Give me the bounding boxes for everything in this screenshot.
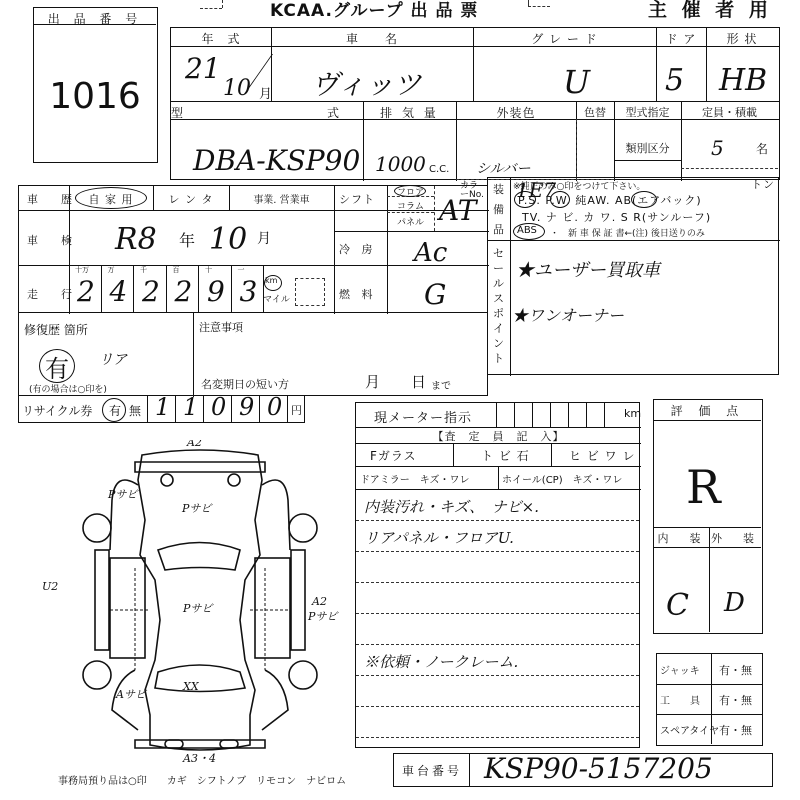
chassis-box: 車台番号 KSP90-5157205 (393, 753, 773, 787)
car-damage-diagram: A2 Pサビ Pサビ Pサビ U2 A2 Pサビ Aサビ XX A3・4 (40, 440, 350, 770)
recycle-digit-cell: 1 (175, 396, 203, 422)
digit-place-label: 千 (140, 265, 147, 275)
exterior-score: D (724, 588, 745, 618)
recycle-digit-cell: 0 (259, 396, 287, 422)
recycle-digit-cell: 0 (203, 396, 231, 422)
mileage-digit-cell: 一3 (232, 265, 265, 312)
mileage-unit-box (295, 278, 325, 306)
wheel-label: ホイール(CP) キズ・ワレ (502, 471, 622, 486)
circle-ps (514, 191, 536, 208)
digit-place-label: 十万 (75, 265, 89, 275)
crack-label: ヒ ビ ワ レ (569, 447, 635, 464)
grade-label: グ レ ー ド (473, 30, 656, 47)
fuel-value: G (424, 278, 446, 311)
grade-value: U (563, 63, 590, 101)
meter-unit: km (624, 407, 641, 420)
car-name-label: 車 名 (271, 30, 473, 47)
accessories-box: ジャッキ有・無工 具有・無スペアタイヤ有・無 (656, 653, 763, 746)
accessory-label: 工 具 (660, 692, 700, 707)
inspector-note-line: ※依頼・ノークレーム. (364, 651, 518, 672)
type-designation-label: 型式指定 (614, 104, 681, 120)
form-title: KCAA.グループ 出 品 票 (270, 0, 478, 21)
mileage-digit: 4 (110, 275, 128, 308)
shaken-month-unit: 月 (257, 228, 272, 248)
shift-panel[interactable]: パネル (387, 215, 434, 228)
accessory-value[interactable]: 有・無 (719, 692, 752, 708)
mark-right-side: A2 (311, 595, 327, 608)
shift-value: AT (439, 194, 476, 227)
category-label: 類別区分 (614, 140, 681, 156)
mileage-digit: 9 (207, 275, 225, 308)
mirror-label: ドアミラー キズ・ワレ (360, 471, 470, 486)
sales-point-2: ★ワンオーナー (512, 303, 624, 326)
model-value: DBA-KSP90 (193, 144, 360, 177)
mark-roof: Pサビ (182, 602, 214, 615)
circle-abs (513, 223, 545, 240)
doors-label: ド ア (656, 30, 706, 47)
shaken-year-unit: 年 (179, 228, 196, 251)
corner-mark (528, 6, 550, 7)
mileage-digit: 2 (77, 275, 95, 308)
digit-place-label: 十 (205, 265, 212, 275)
equipment-box: 装備品 ※純正のみ○印をつけて下さい。 P.S. P.W. 純AW. AB(エア… (487, 177, 779, 375)
equipment-line1: P.S. P.W. 純AW. AB(エアバック) (518, 192, 702, 208)
mileage-digit: 2 (142, 275, 160, 308)
shift-column[interactable]: コラム (387, 199, 434, 212)
mark-rear: A3・4 (182, 752, 216, 765)
repair-caution-box: 修復歴 箇所 有 リア (有の場合は○印を) 注意事項 名変期日の短い方 月 日… (18, 312, 488, 396)
displacement-label: 排 気 量 (363, 104, 456, 121)
recycle-no[interactable]: 無 (129, 402, 141, 419)
selected-circle (75, 187, 147, 209)
interior-score: C (666, 588, 689, 623)
recycle-currency: 円 (291, 402, 302, 418)
circle-pw (550, 191, 570, 208)
corner-mark (200, 8, 222, 9)
caution-label: 注意事項 (199, 319, 243, 335)
selected-circle (39, 349, 75, 383)
lot-number: 1016 (34, 76, 156, 117)
repair-location: リア (99, 349, 127, 369)
model-label: 型 式 (171, 104, 363, 121)
mark-hood: Pサビ (181, 502, 213, 515)
vehicle-info-table: 年 式 車 名 グ レ ー ド ド ア 形 状 21 10 月 ヴィッツ U 5… (170, 27, 780, 180)
history-option-business[interactable]: 事業. 営業車 (229, 191, 334, 206)
recycle-digit-cell: 9 (231, 396, 259, 422)
vehicle-status-table: 車 歴 自 家 用 レ ン タ 事業. 営業車 車 検 R8 年 10 月 走 … (18, 185, 488, 313)
circle-ab (631, 191, 657, 208)
name-change-label: 名変期日の短い方 (201, 376, 289, 392)
car-name: ヴィッツ (311, 63, 421, 103)
score-label: 評 価 点 (654, 402, 761, 419)
equipment-label: 装備品 (493, 180, 507, 240)
recycle-digit: 0 (211, 393, 226, 421)
repair-label: 修復歴 箇所 (24, 321, 88, 338)
ac-label: 冷 房 (339, 241, 377, 257)
recycle-digit: 1 (183, 393, 198, 421)
mileage-digit: 2 (175, 275, 193, 308)
mark-right-side-note: Pサビ (307, 610, 339, 623)
recycle-label: リサイクル券 (22, 402, 92, 419)
fuel-label: 燃 料 (339, 286, 377, 302)
chip-label: ト ビ 石 (481, 447, 530, 464)
footer-note: 事務局預り品は○印 カギ シフトノブ リモコン ナビロム (58, 772, 346, 787)
digit-place-label: 万 (108, 265, 115, 275)
score-value: R (686, 460, 721, 514)
mileage-digit-cell: 千2 (134, 265, 167, 312)
recycle-box: リサイクル券 有 無 11090 円 (18, 395, 305, 423)
capacity-label: 定員・積載 (681, 104, 778, 120)
equipment-line2: TV. ナ ビ. カ ワ. S R(サンルーフ) (522, 209, 711, 225)
km-unit: km (265, 276, 277, 285)
caution-day-unit: 日 (411, 371, 427, 392)
shaken-year: R8 (115, 222, 157, 257)
accessory-value[interactable]: 有・無 (719, 662, 752, 678)
color-label: 外装色 (456, 104, 576, 121)
repair-note: (有の場合は○印を) (29, 382, 107, 395)
color-value: シルバー (476, 158, 531, 178)
chassis-value: KSP90-5157205 (484, 752, 713, 785)
inspector-title: 【査 定 員 記 入】 (356, 428, 641, 444)
recycle-digit-cell: 1 (147, 396, 175, 422)
shift-label: シフト (339, 191, 375, 207)
equipment-note: ※純正のみ○印をつけて下さい。 (513, 179, 645, 192)
digit-place-label: 百 (173, 265, 180, 275)
mile-unit: マイル (263, 292, 290, 305)
meter-label: 現メーター指示 (374, 407, 472, 426)
recycle-digit: 1 (155, 393, 170, 421)
sales-points-label: セールスポイント (493, 246, 507, 366)
ac-value: Ac (414, 238, 447, 268)
month-unit: 月 (259, 83, 273, 102)
mileage-digit-cell: 百2 (167, 265, 200, 312)
caution-month-unit: 月 (365, 371, 381, 392)
mileage-digit-cell: 万4 (102, 265, 135, 312)
capacity-unit: 名 (756, 140, 769, 157)
shaken-month: 10 (209, 222, 247, 257)
equipment-line3: ・ 新 車 保 証 書←(注) 後日送りのみ (550, 226, 705, 239)
corner-mark (222, 0, 223, 8)
mileage-digit: 3 (240, 275, 258, 308)
accessory-value[interactable]: 有・無 (719, 722, 752, 738)
accessory-label: ジャッキ (660, 662, 700, 677)
doors-value: 5 (665, 63, 684, 98)
year-label: 年 式 (171, 30, 271, 47)
organizer-label: 主 催 者 用 (648, 0, 772, 22)
recycle-digit: 0 (267, 393, 282, 421)
score-box: 評 価 点 R 内 装 外 装 C D (653, 399, 763, 634)
month-value: 10 (223, 76, 251, 101)
shape-label: 形 状 (706, 30, 778, 47)
digit-place-label: 一 (238, 265, 245, 275)
color-change-label: 色替 (576, 104, 614, 120)
inspector-note-line: リアパネル・フロアU. (364, 527, 514, 548)
exterior-label: 外 装 (709, 530, 761, 546)
sales-point-1: ★ユーザー買取車 (516, 256, 660, 282)
mileage-digit-cell: 十万2 (69, 265, 102, 312)
displacement-unit: C.C. (429, 164, 449, 175)
capacity-value: 5 (711, 136, 724, 160)
inspector-box: 現メーター指示 km 【査 定 員 記 入】 Fガラス ト ビ 石 ヒ ビ ワ … (355, 402, 640, 748)
interior-label: 内 装 (654, 530, 709, 546)
mark-rear-left: Aサビ (115, 688, 148, 701)
chassis-label: 車台番号 (402, 762, 462, 779)
inspector-note-line: 内装汚れ・キズ、 ナビ×. (364, 496, 539, 517)
selected-circle (102, 398, 126, 422)
mark-front: A2 (186, 440, 202, 449)
mark-left-side: U2 (42, 580, 58, 593)
mileage-digit-cell: 十9 (199, 265, 232, 312)
mark-trunk: XX (182, 680, 200, 693)
fglass-label: Fガラス (370, 447, 417, 464)
caution-until: まで (431, 377, 451, 392)
mark-front-left: Pサビ (107, 488, 139, 501)
selected-circle (394, 185, 426, 197)
lot-number-box: 出 品 番 号 1016 (33, 7, 158, 163)
recycle-digit: 9 (239, 393, 254, 421)
shaken-label: 車 検 (27, 232, 78, 248)
displacement-value: 1000 (375, 152, 426, 176)
shape-value: HB (719, 63, 767, 98)
history-option-rental[interactable]: レ ン タ (153, 191, 229, 207)
